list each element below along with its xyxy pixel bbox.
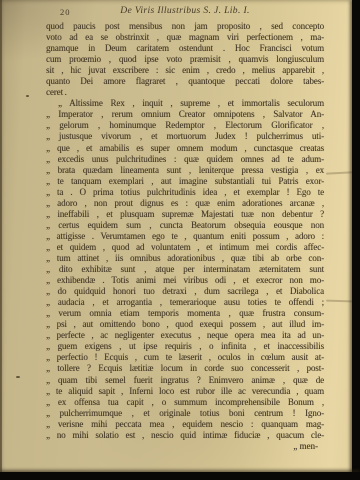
text-line: „ gelorum , hominumque Redemptor , Elect… <box>46 120 324 131</box>
text-line: „ verisne mihi peccata mea , equidem nes… <box>46 419 324 430</box>
catchword: „ men- <box>46 441 324 452</box>
text-line: cum proœmio , quod ipse voto præmisit , … <box>46 54 324 65</box>
text-line: „ exhibendæ . Totis animi mei viribus od… <box>46 275 324 286</box>
text-line: „ Altissime Rex , inquit , supreme , et … <box>46 98 324 109</box>
text-line: „ excedis unus pulchritudines : quæ quid… <box>46 154 324 165</box>
text-line: „ te aliquid sapit , Inferni loco est ru… <box>46 386 324 397</box>
text-line: „ Imperator , rerum omnium Creator omnip… <box>46 109 324 120</box>
text-line: „ justusque vivorum , et mortuorum Judex… <box>46 131 324 142</box>
scan-edge-left <box>0 0 2 480</box>
page-header: 20 De Viris Illustribus S. J. Lib. I. <box>0 5 360 19</box>
text-line: „ audacia , et arrogantia , temerarioque… <box>46 297 324 308</box>
text-line: „ ineffabili , et plusquam supremæ Majes… <box>46 209 324 220</box>
paper-crease <box>326 171 352 174</box>
text-line: „ ex offensa tua capit , o summum incomp… <box>46 397 324 408</box>
text-line: „ verum omnia etiam temporis momenta , q… <box>46 308 324 319</box>
paragraph: „ Altissime Rex , inquit , supreme , et … <box>46 98 324 440</box>
running-title: De Viris Illustribus S. J. Lib. I. <box>46 5 324 16</box>
text-line: gnamque in Deum caritatem ostendunt . Ho… <box>46 43 324 54</box>
text-line: „ no mihi solatio est , nescio quid inti… <box>46 430 324 441</box>
text-line: „ tum attinet , iis omnibus adorationibu… <box>46 253 324 264</box>
paragraph: quod paucis post mensibus non jam propos… <box>46 21 324 98</box>
text-line: „ guem exigens , ut ipse requiris , o in… <box>46 341 324 352</box>
text-line: „ adoro , non prout dignus es : quæ enim… <box>46 198 324 209</box>
text-line: „ quam tibi semel fuerit ingratus ? Enim… <box>46 375 324 386</box>
text-line: „ ta . O prima totius pulchritudinis ide… <box>46 187 324 198</box>
text-line: „ certus equidem sum , cuncta Beatorum o… <box>46 220 324 231</box>
text-line: sit , hic juvat exscribere : sic enim , … <box>46 65 324 76</box>
text-line: „ do quidquid honori tuo detraxi , dum s… <box>46 286 324 297</box>
text-line: „ attigisse . Verumtamen ego te , quantu… <box>46 231 324 242</box>
paper-speck <box>26 95 29 97</box>
text-line: „ que , et amabilis es super omnem modum… <box>46 143 324 154</box>
text-line: quod paucis post mensibus non jam propos… <box>46 21 324 32</box>
text-block: quod paucis post mensibus non jam propos… <box>46 21 324 452</box>
scanned-book-page: 20 De Viris Illustribus S. J. Lib. I. qu… <box>0 0 360 480</box>
text-line: quanto Dei amore flagraret , quantoque p… <box>46 76 324 87</box>
text-line: „ perfectio ! Ecquis , cum te læserit , … <box>46 352 324 363</box>
paper-crease <box>326 300 352 303</box>
text-line: „ te tanquam exemplari , aut imagine sub… <box>46 176 324 187</box>
text-line: ceret . <box>46 87 324 98</box>
text-line: „ pulcherrimumque , et originale totius … <box>46 408 324 419</box>
text-line: „ tollere ? Ecquis lætitiæ locum in cord… <box>46 363 324 374</box>
text-line: „ et quidem , quod ad voluntatem , et in… <box>46 242 324 253</box>
text-line: „ dito exhibitæ sunt , atque per intermi… <box>46 264 324 275</box>
scan-edge-right <box>352 0 360 480</box>
text-line: „ brata quædam lineamenta sunt , leniter… <box>46 165 324 176</box>
text-line: voto ad ea se obstrinxit , quæ magnam vi… <box>46 32 324 43</box>
scan-edge-bottom <box>0 472 360 480</box>
paper-speck <box>16 376 20 378</box>
text-line: „ psi , aut omittendo bono , quod exequi… <box>46 319 324 330</box>
text-line: „ perfecte , ac negligenter executus , n… <box>46 330 324 341</box>
